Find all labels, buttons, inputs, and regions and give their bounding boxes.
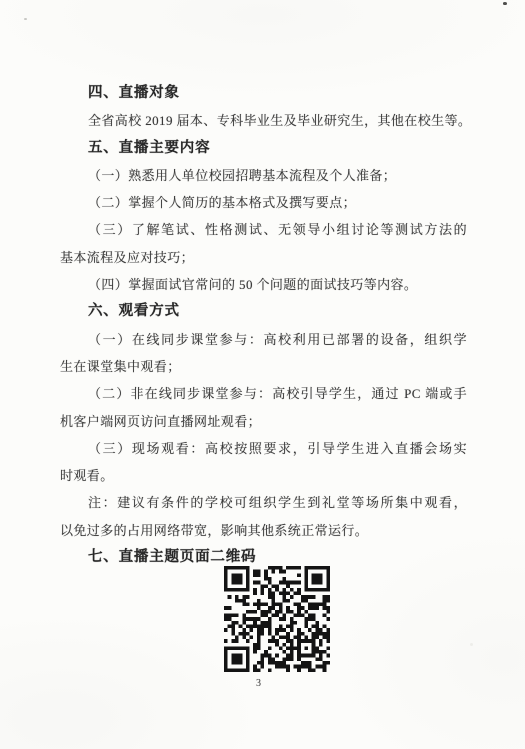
scanned-document-page: 四、直播对象全省高校 2019 届本、专科毕业生及毕业研究生，其他在校生等。五、…	[0, 0, 525, 749]
section-heading: 六、观看方式	[60, 298, 467, 325]
text-line: 以免过多的占用网络带宽，影响其他系统正常运行。	[60, 517, 467, 544]
text-line: 注：建议有条件的学校可组织学生到礼堂等场所集中观看，	[60, 489, 467, 516]
text-line: 生在课堂集中观看；	[60, 353, 467, 380]
scan-speck	[470, 643, 473, 646]
qr-code-icon	[224, 566, 330, 672]
page-number: 3	[0, 678, 521, 689]
text-line: （二）掌握个人简历的基本格式及撰写要点；	[60, 189, 467, 216]
text-line: （四）掌握面试官常问的 50 个问题的面试技巧等内容。	[60, 271, 467, 298]
scan-speck	[503, 2, 507, 5]
section-heading: 四、直播对象	[60, 80, 467, 107]
text-line: （一）在线同步课堂参与：高校利用已部署的设备，组织学	[60, 326, 467, 353]
section-heading: 五、直播主要内容	[60, 135, 467, 162]
text-line: （三）了解笔试、性格测试、无领导小组讨论等测试方法的	[60, 216, 467, 243]
text-line: （一）熟悉用人单位校园招聘基本流程及个人准备；	[60, 162, 467, 189]
text-line: 时观看。	[60, 462, 467, 489]
qr-code-block	[224, 566, 330, 672]
scan-speck	[24, 18, 27, 20]
text-line: （二）非在线同步课堂参与：高校引导学生，通过 PC 端或手	[60, 380, 467, 407]
text-line: （三）现场观看：高校按照要求，引导学生进入直播会场实	[60, 435, 467, 462]
text-line: 全省高校 2019 届本、专科毕业生及毕业研究生，其他在校生等。	[60, 107, 467, 134]
text-line: 基本流程及应对技巧；	[60, 244, 467, 271]
document-body: 四、直播对象全省高校 2019 届本、专科毕业生及毕业研究生，其他在校生等。五、…	[0, 0, 525, 571]
text-line: 机客户端网页访问直播网址观看；	[60, 408, 467, 435]
